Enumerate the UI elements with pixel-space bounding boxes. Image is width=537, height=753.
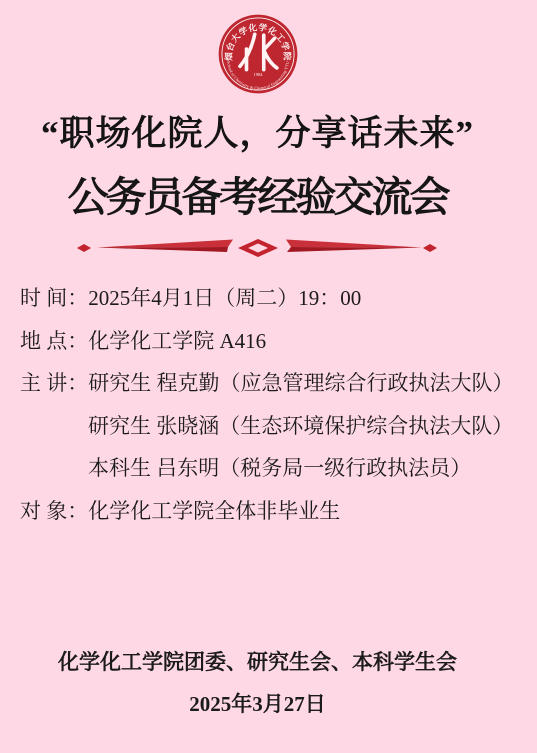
poster-footer: 化学化工学院团委、研究生会、本科学生会 2025年3月27日 — [0, 641, 515, 725]
event-poster: 烟台大学化学化工学院 School of Chemistry & Chemica… — [0, 0, 537, 753]
detail-time: 时 间：2025年4月1日（周二）19：00 — [20, 277, 533, 320]
seal-year: 1984 — [254, 72, 264, 77]
event-title: 公务员备考经验交流会 — [0, 164, 515, 223]
organizers-line: 化学化工学院团委、研究生会、本科学生会 — [0, 641, 515, 683]
detail-location: 地 点：化学化工学院 A416 — [20, 320, 533, 363]
ornamental-divider-icon — [77, 236, 437, 260]
detail-speaker-3: 本科生 吕东明（税务局一级行政执法员） — [20, 447, 533, 490]
detail-speaker-2: 研究生 张晓涵（生态环境保护综合执法大队） — [20, 405, 533, 448]
event-details: 时 间：2025年4月1日（周二）19：00 地 点：化学化工学院 A416 主… — [20, 277, 533, 533]
date-line: 2025年3月27日 — [0, 683, 515, 725]
college-seal-logo: 烟台大学化学化工学院 School of Chemistry & Chemica… — [217, 12, 299, 96]
detail-speaker-1: 主 讲：研究生 程克勤（应急管理综合行政执法大队） — [20, 362, 533, 405]
slogan-title: “职场化院人，分享话未来” — [0, 106, 515, 156]
detail-audience: 对 象：化学化工学院全体非毕业生 — [20, 490, 533, 533]
